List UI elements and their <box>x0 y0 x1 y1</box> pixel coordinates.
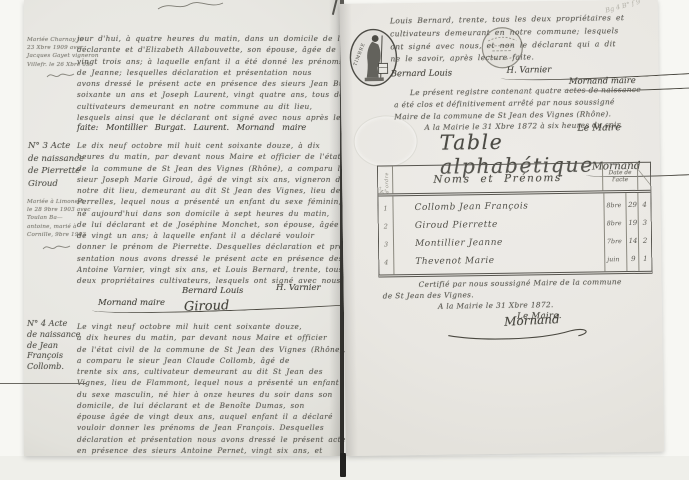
table-cell-day: 29 <box>626 201 638 209</box>
table-cell-no: 3 <box>379 240 393 248</box>
left-page: Mariée Charnay le23 Xbre 1909 avecJacque… <box>24 0 343 456</box>
birth-act-paragraph: Le dix neuf octobre mil huit cent soixan… <box>77 140 335 286</box>
handwriting-line: Antoine Varnier, vingt six ans, et Louis… <box>77 264 335 275</box>
table-header-row: N° d'ordre Noms et Prénoms Date de l'act… <box>378 163 650 197</box>
handwriting-line: trente six ans, cultivateur demeurant au… <box>77 366 335 377</box>
signature-line: faite: Montillier Burgat. Laurent. Morna… <box>77 122 306 132</box>
birth-act-paragraph-continued: Louis Bernard, trente, tous les deux pro… <box>390 12 649 67</box>
handwriting-line: jour d'hui, à quatre heures du matin, da… <box>77 33 335 44</box>
handwriting-line: déclaration et présentation nous avons d… <box>77 434 335 445</box>
table-cell-act: 3 <box>639 219 651 227</box>
table-cell-act: 1 <box>639 255 651 263</box>
handwriting-line: avons dressé le présent acte en présence… <box>77 78 335 89</box>
handwriting-line: du sexe masculin, né hier à onze heures … <box>77 389 335 400</box>
table-cell-day: 14 <box>627 237 639 245</box>
alphabetical-index-table: N° d'ordre Noms et Prénoms Date de l'act… <box>377 162 653 278</box>
signature-flourish <box>444 324 604 342</box>
handwriting-line: François <box>27 350 80 361</box>
table-cell-name: Giroud Pierrette <box>393 218 605 231</box>
handwriting-line: Perrelles, lequel nous a présenté un enf… <box>77 196 335 207</box>
signature-bernard: Bernard Louis <box>182 286 243 296</box>
act-number-label: N° 4 Actede naissancede JeanFrançoisColl… <box>27 318 80 372</box>
handwriting-line: de Jeanne; lesquelles déclaration et pré… <box>77 67 335 78</box>
table-body: 1Collomb Jean François8bre2942Giroud Pie… <box>378 193 651 272</box>
handwriting-line: a comparu le sieur Jean Claude Collomb, … <box>77 355 335 366</box>
handwriting-line: de lui déclarant et de Joséphine Monchet… <box>77 219 335 230</box>
handwriting-line: domicile, de lui déclarant et de Benoîte… <box>77 400 335 411</box>
signature-bernard: Bernard Louis <box>391 68 453 79</box>
table-cell-month: 7bre <box>605 238 627 245</box>
handwriting-line: cultivateurs demeurant en notre commune … <box>77 101 335 112</box>
gutter-bottom-mark <box>340 453 346 477</box>
handwriting-line: Vignes, lieu de Flammont, lequel nous a … <box>77 377 335 388</box>
cutoff-handwriting-flourish <box>156 0 226 12</box>
table-cell-month: juin <box>605 256 627 263</box>
table-row: 4Thevenot Mariejuin91 <box>379 250 651 272</box>
handwriting-line: de l'état civil de la commune de St Jean… <box>77 344 335 355</box>
margin-divider-rule <box>0 383 86 384</box>
table-cell-name: Collomb Jean François <box>392 200 604 213</box>
table-cell-act: 4 <box>638 201 650 209</box>
table-cell-day: 19 <box>627 219 639 227</box>
handwriting-line: N° 3 Acte <box>28 140 84 153</box>
date-column-header: Date de l'acte <box>602 163 637 190</box>
signature-giroud: Giroud <box>184 298 230 315</box>
birth-act-paragraph: Le vingt neuf octobre mil huit cent soix… <box>77 321 335 456</box>
handwriting-line: de Jean <box>27 340 80 351</box>
act-number-label: N° 3 Actede naissancede PierretteGiroud <box>28 140 84 190</box>
names-column-header: Noms et Prénoms <box>393 163 602 193</box>
paraphe-flourish <box>46 71 76 81</box>
handwriting-line: Le vingt neuf octobre mil huit cent soix… <box>77 321 335 332</box>
table-cell-day: 9 <box>627 255 639 263</box>
table-cell-name: Montillier Jeanne <box>393 236 605 249</box>
handwriting-line: de Pierrette <box>28 165 84 178</box>
act-number-column-header <box>637 163 650 190</box>
birth-act-paragraph: jour d'hui, à quatre heures du matin, da… <box>77 33 335 123</box>
handwriting-line: sentation nous avons dressé le présent a… <box>77 253 335 264</box>
handwriting-line: sieur Joseph Marie Giroud, âgé de vingt … <box>77 174 335 185</box>
handwriting-line: né aujourd'hui dans son domicile à sept … <box>77 208 335 219</box>
register-scan: Mariée Charnay le23 Xbre 1909 avecJacque… <box>0 0 689 480</box>
table-cell-month: 8bre <box>605 220 627 227</box>
handwriting-line: soixante un ans et Joseph Laurent, vingt… <box>77 89 335 100</box>
handwriting-line: à dix heures du matin, par devant nous M… <box>77 332 335 343</box>
paraphe-flourish <box>42 243 72 253</box>
order-number-column-header: N° d'ordre <box>378 166 393 193</box>
handwriting-line: vouloir donner les prénoms de Jean Franç… <box>77 422 335 433</box>
handwriting-line: donner le prénom de Pierrette. Desquelle… <box>77 241 335 252</box>
handwriting-line: de vingt un ans; à laquelle enfant il a … <box>77 230 335 241</box>
right-page: Bg 4 B° f 9 TIMBRE Louis Bernard, trente… <box>340 0 664 456</box>
table-cell-no: 4 <box>379 258 393 266</box>
handwriting-line: de la commune de St Jean des Vignes (Rhô… <box>77 163 335 174</box>
handwriting-line: Giroud <box>28 178 84 191</box>
handwriting-line: épouse âgée de vingt deux ans, auquel en… <box>77 411 335 422</box>
table-cell-month: 8bre <box>604 202 626 209</box>
table-cell-no: 2 <box>379 222 393 230</box>
table-cell-no: 1 <box>378 204 392 212</box>
signature-varnier: H. Varnier <box>276 283 321 293</box>
handwriting-line: N° 4 Acte <box>27 318 80 329</box>
handwriting-line: vingt trois ans; à laquelle enfant il a … <box>77 56 335 67</box>
handwriting-line: de naissance <box>28 153 84 166</box>
handwriting-line: heures du matin, par devant nous Maire e… <box>77 151 335 162</box>
handwriting-line: notre dit lieu, demeurant au dit St Jean… <box>77 185 335 196</box>
handwriting-line: déclarante et d'Elizabeth Allabouvette, … <box>77 44 335 55</box>
handwriting-line: de naissance <box>27 329 80 340</box>
handwriting-line: Collomb. <box>27 361 80 372</box>
table-cell-name: Thevenot Marie <box>393 254 605 267</box>
handwriting-line: Le dix neuf octobre mil huit cent soixan… <box>77 140 335 151</box>
table-cell-act: 2 <box>639 237 651 245</box>
handwriting-line: en présence des sieurs Antoine Pernet, v… <box>77 445 335 456</box>
